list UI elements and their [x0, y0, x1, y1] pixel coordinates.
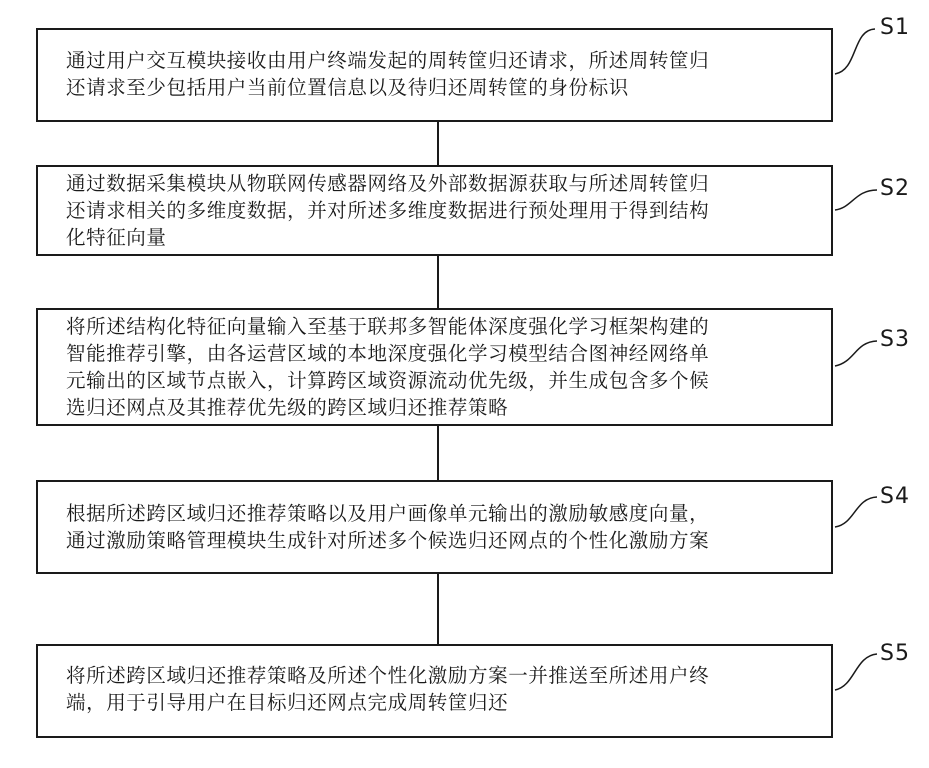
step-line: 将所述跨区域归还推荐策略及所述个性化激励方案一并推送至所述用户终	[66, 662, 811, 689]
step-line: 选归还网点及其推荐优先级的跨区域归还推荐策略	[66, 394, 811, 421]
step-text-s2: 通过数据采集模块从物联网传感器网络及外部数据源获取与所述周转筐归 还请求相关的多…	[66, 170, 811, 251]
step-box-s1: 通过用户交互模块接收由用户终端发起的周转筐归还请求，所述周转筐归 还请求至少包括…	[36, 28, 833, 122]
step-line: 根据所述跨区域归还推荐策略以及用户画像单元输出的激励敏感度向量，	[66, 500, 811, 527]
step-text-s1: 通过用户交互模块接收由用户终端发起的周转筐归还请求，所述周转筐归 还请求至少包括…	[66, 47, 811, 101]
step-line: 端，用于引导用户在目标归还网点完成周转筐归还	[66, 689, 811, 716]
step-line: 化特征向量	[66, 224, 811, 251]
leader-curve-s1	[835, 29, 875, 74]
step-line: 智能推荐引擎，由各运营区域的本地深度强化学习模型结合图神经网络单	[66, 340, 811, 367]
step-box-s4: 根据所述跨区域归还推荐策略以及用户画像单元输出的激励敏感度向量， 通过激励策略管…	[36, 480, 833, 574]
leader-curve-s4	[835, 497, 877, 527]
step-text-s5: 将所述跨区域归还推荐策略及所述个性化激励方案一并推送至所述用户终 端，用于引导用…	[66, 662, 811, 716]
step-line: 将所述结构化特征向量输入至基于联邦多智能体深度强化学习框架构建的	[66, 313, 811, 340]
leader-curve-s2	[835, 190, 877, 210]
step-label-s5: S5	[880, 641, 910, 666]
step-box-s2: 通过数据采集模块从物联网传感器网络及外部数据源获取与所述周转筐归 还请求相关的多…	[36, 165, 833, 256]
step-line: 元输出的区域节点嵌入，计算跨区域资源流动优先级，并生成包含多个候	[66, 367, 811, 394]
step-box-s3: 将所述结构化特征向量输入至基于联邦多智能体深度强化学习框架构建的 智能推荐引擎，…	[36, 308, 833, 426]
step-text-s4: 根据所述跨区域归还推荐策略以及用户画像单元输出的激励敏感度向量， 通过激励策略管…	[66, 500, 811, 554]
step-label-s4: S4	[880, 484, 910, 509]
leader-curve-s5	[835, 654, 877, 690]
step-box-s5: 将所述跨区域归还推荐策略及所述个性化激励方案一并推送至所述用户终 端，用于引导用…	[36, 644, 833, 738]
step-label-s1: S1	[880, 15, 910, 40]
step-label-s3: S3	[880, 327, 910, 352]
step-line: 还请求至少包括用户当前位置信息以及待归还周转筐的身份标识	[66, 74, 811, 101]
leader-curve-s3	[835, 341, 877, 366]
step-line: 通过数据采集模块从物联网传感器网络及外部数据源获取与所述周转筐归	[66, 170, 811, 197]
step-text-s3: 将所述结构化特征向量输入至基于联邦多智能体深度强化学习框架构建的 智能推荐引擎，…	[66, 313, 811, 421]
step-line: 通过激励策略管理模块生成针对所述多个候选归还网点的个性化激励方案	[66, 527, 811, 554]
step-line: 通过用户交互模块接收由用户终端发起的周转筐归还请求，所述周转筐归	[66, 47, 811, 74]
step-label-s2: S2	[880, 176, 910, 201]
step-line: 还请求相关的多维度数据，并对所述多维度数据进行预处理用于得到结构	[66, 197, 811, 224]
